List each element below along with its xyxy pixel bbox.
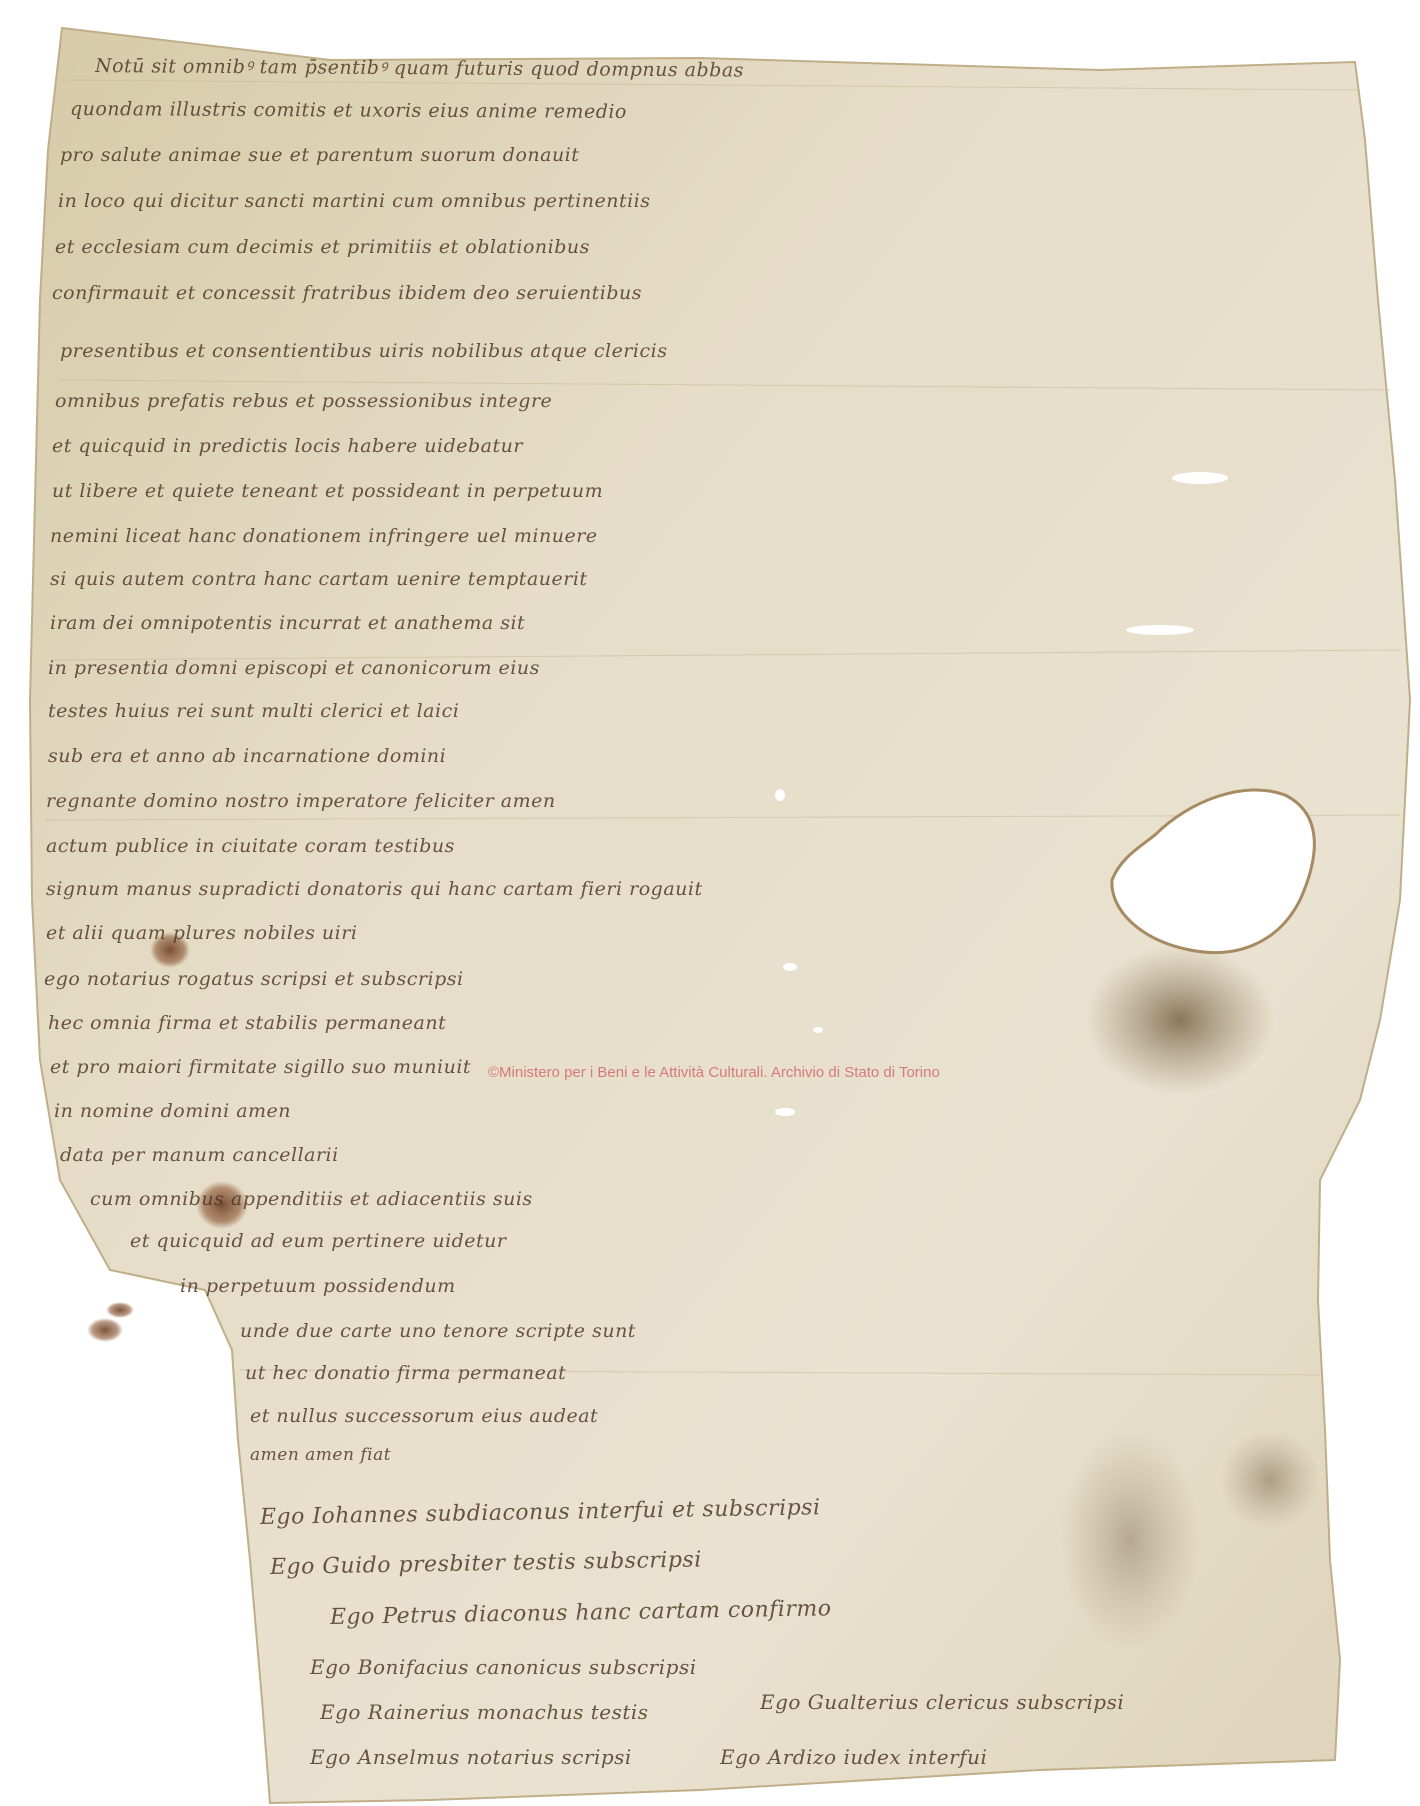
text-line: in loco qui dicitur sancti martini cum o… bbox=[58, 190, 1368, 212]
text-line: et alii quam plures nobiles uiri bbox=[46, 922, 1146, 944]
text-line: Notū sit omnibꝰ tam p̄sentibꝰ quam futur… bbox=[95, 52, 1345, 87]
document-viewer: Notū sit omnibꝰ tam p̄sentibꝰ quam futur… bbox=[0, 0, 1420, 1806]
text-line: et nullus successorum eius audeat bbox=[250, 1405, 1320, 1427]
subscription-line: Ego Gualterius clericus subscripsi bbox=[760, 1690, 1200, 1714]
subscription-line: Ego Anselmus notarius scripsi bbox=[310, 1745, 710, 1769]
subscription-line: Ego Bonifacius canonicus subscripsi bbox=[310, 1655, 760, 1679]
text-line: presentibus et consentientibus uiris nob… bbox=[60, 340, 1380, 362]
subscription-line: Ego Rainerius monachus testis bbox=[320, 1700, 740, 1724]
text-line: pro salute animae sue et parentum suorum… bbox=[60, 144, 1360, 166]
text-line: regnante domino nostro imperatore felici… bbox=[46, 790, 1106, 812]
text-line: quondam illustris comitis et uxoris eius… bbox=[70, 98, 1360, 127]
text-line: et quicquid ad eum pertinere uidetur bbox=[130, 1230, 1320, 1252]
text-line: confirmauit et concessit fratribus ibide… bbox=[52, 282, 1382, 304]
text-line: amen amen fiat bbox=[250, 1445, 750, 1465]
text-line: actum publice in ciuitate coram testibus bbox=[46, 835, 1106, 857]
text-line: et ecclesiam cum decimis et primitiis et… bbox=[55, 236, 1375, 258]
text-line: ego notarius rogatus scripsi et subscrip… bbox=[44, 968, 1124, 990]
text-line: omnibus prefatis rebus et possessionibus… bbox=[55, 390, 1385, 412]
text-line: ut hec donatio firma permaneat bbox=[245, 1362, 1320, 1384]
text-line: hec omnia firma et stabilis permaneant bbox=[48, 1012, 1348, 1034]
text-line: si quis autem contra hanc cartam uenire … bbox=[50, 568, 1400, 590]
text-line: nemini liceat hanc donationem infringere… bbox=[50, 525, 1400, 547]
text-line: in perpetuum possidendum bbox=[180, 1275, 1320, 1297]
subscription-line: Ego Petrus diaconus hanc cartam confirmo bbox=[330, 1593, 1030, 1630]
subscription-line: Ego Ardizo iudex interfui bbox=[720, 1745, 1180, 1769]
text-line: in presentia domni episcopi et canonicor… bbox=[48, 657, 1403, 679]
text-line: in nomine domini amen bbox=[54, 1100, 1344, 1122]
text-line: data per manum cancellarii bbox=[60, 1144, 1330, 1166]
text-line: et quicquid in predictis locis habere ui… bbox=[52, 435, 1392, 457]
text-line: unde due carte uno tenore scripte sunt bbox=[240, 1320, 1320, 1342]
text-line: sub era et anno ab incarnatione domini bbox=[48, 745, 1403, 767]
text-line: signum manus supradicti donatoris qui ha… bbox=[46, 878, 1126, 900]
text-line: testes huius rei sunt multi clerici et l… bbox=[48, 700, 1403, 722]
subscription-line: Ego Iohannes subdiaconus interfui et sub… bbox=[260, 1494, 880, 1530]
text-line: ut libere et quiete teneant et possidean… bbox=[52, 480, 1392, 502]
text-line: iram dei omnipotentis incurrat et anathe… bbox=[50, 612, 1400, 634]
subscription-line: Ego Guido presbiter testis subscripsi bbox=[270, 1545, 830, 1580]
charter-text: Notū sit omnibꝰ tam p̄sentibꝰ quam futur… bbox=[0, 0, 1420, 1806]
archive-watermark: ©Ministero per i Beni e le Attività Cult… bbox=[488, 1064, 940, 1081]
text-line: cum omnibus appenditiis et adiacentiis s… bbox=[90, 1188, 1330, 1210]
